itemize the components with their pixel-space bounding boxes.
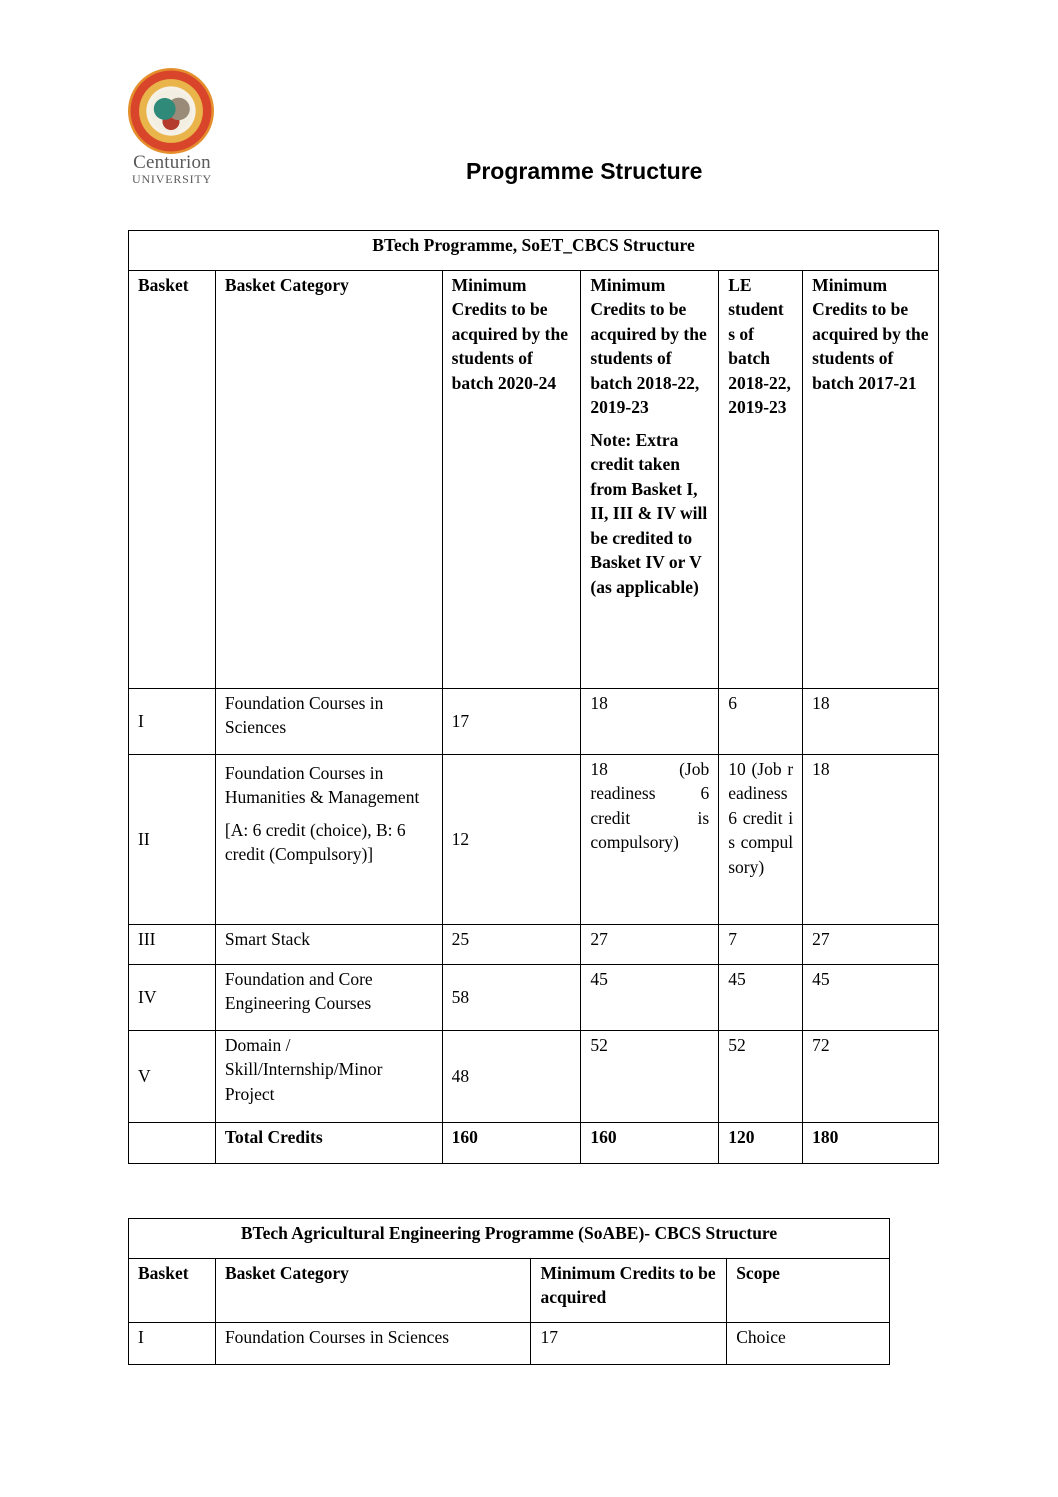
category-cell: Foundation and Core Engineering Courses [215,964,442,1030]
total-basket-cell [129,1122,216,1163]
credits-2017-cell: 72 [803,1030,939,1122]
table-caption-row: BTech Programme, SoET_CBCS Structure [129,231,939,271]
credits-cell: 17 [531,1322,727,1364]
soabe-structure-table: BTech Agricultural Engineering Programme… [128,1218,890,1365]
header-min-credits: Minimum Credits to be acquired [531,1258,727,1322]
scope-cell: Choice [727,1322,890,1364]
credits-2017-cell: 18 [803,754,939,924]
university-logo: Centurion UNIVERSITY [124,68,220,186]
category-cell: Foundation Courses in Sciences [215,688,442,754]
le-cell: 6 [719,688,803,754]
table-row: I Foundation Courses in Sciences 17 Choi… [129,1322,890,1364]
category-cell: Foundation Courses in Sciences [215,1322,530,1364]
le-cell: 52 [719,1030,803,1122]
credits-2017-cell: 27 [803,924,939,964]
category-cell: Domain / Skill/Internship/Minor Project [215,1030,442,1122]
credits-2018-cell: 52 [581,1030,719,1122]
header-credits-2017-21: Minimum Credits to be acquired by the st… [803,270,939,688]
credits-2020-cell: 25 [442,924,581,964]
table-row: V Domain / Skill/Internship/Minor Projec… [129,1030,939,1122]
table-caption: BTech Programme, SoET_CBCS Structure [129,231,939,271]
table-row: III Smart Stack 25 27 7 27 [129,924,939,964]
basket-cell: IV [129,964,216,1030]
credits-2020-cell: 17 [442,688,581,754]
total-2017: 180 [803,1122,939,1163]
credits-2017-cell: 45 [803,964,939,1030]
logo-name-line1: Centurion [124,152,220,174]
header-basket-category: Basket Category [215,1258,530,1322]
logo-name-line2: UNIVERSITY [124,172,220,187]
header-basket: Basket [129,1258,216,1322]
header-le-students: LE student s of batch 2018-22, 2019-23 [719,270,803,688]
header-basket-category: Basket Category [215,270,442,688]
category-note: [A: 6 credit (choice), B: 6 credit (Comp… [225,818,433,867]
soet-structure-table: BTech Programme, SoET_CBCS Structure Bas… [128,230,939,1164]
category-label: Foundation Courses in Humanities & Manag… [225,761,433,810]
credits-2020-cell: 12 [442,754,581,924]
table-row: I Foundation Courses in Sciences 17 18 6… [129,688,939,754]
credits-2020-cell: 48 [442,1030,581,1122]
category-cell: Smart Stack [215,924,442,964]
page-title: Programme Structure [466,158,702,185]
le-cell: 7 [719,924,803,964]
credits-2017-cell: 18 [803,688,939,754]
table-header-row: Basket Basket Category Minimum Credits t… [129,270,939,688]
basket-cell: V [129,1030,216,1122]
basket-cell: III [129,924,216,964]
table-caption: BTech Agricultural Engineering Programme… [129,1219,890,1259]
total-le: 120 [719,1122,803,1163]
le-cell: 10 (Job readiness 6 credit is compulsory… [719,754,803,924]
header-note: Note: Extra credit taken from Basket I, … [590,428,709,600]
table-caption-row: BTech Agricultural Engineering Programme… [129,1219,890,1259]
header-scope: Scope [727,1258,890,1322]
header-basket: Basket [129,270,216,688]
header-credits-2018-22: Minimum Credits to be acquired by the st… [581,270,719,688]
total-label: Total Credits [215,1122,442,1163]
total-row: Total Credits 160 160 120 180 [129,1122,939,1163]
table-row: IV Foundation and Core Engineering Cours… [129,964,939,1030]
basket-cell: I [129,688,216,754]
basket-cell: II [129,754,216,924]
table-row: II Foundation Courses in Humanities & Ma… [129,754,939,924]
basket-cell: I [129,1322,216,1364]
credits-2018-cell: 18 (Job readiness 6 credit is compulsory… [581,754,719,924]
table-header-row: Basket Basket Category Minimum Credits t… [129,1258,890,1322]
total-2018: 160 [581,1122,719,1163]
credits-2018-cell: 45 [581,964,719,1030]
header-credits-2018-22-label: Minimum Credits to be acquired by the st… [590,273,709,420]
credits-2018-cell: 27 [581,924,719,964]
university-seal-icon [128,68,214,154]
le-cell: 45 [719,964,803,1030]
header-credits-2020-24: Minimum Credits to be acquired by the st… [442,270,581,688]
credits-2018-cell: 18 [581,688,719,754]
total-2020: 160 [442,1122,581,1163]
credits-2020-cell: 58 [442,964,581,1030]
category-cell: Foundation Courses in Humanities & Manag… [215,754,442,924]
